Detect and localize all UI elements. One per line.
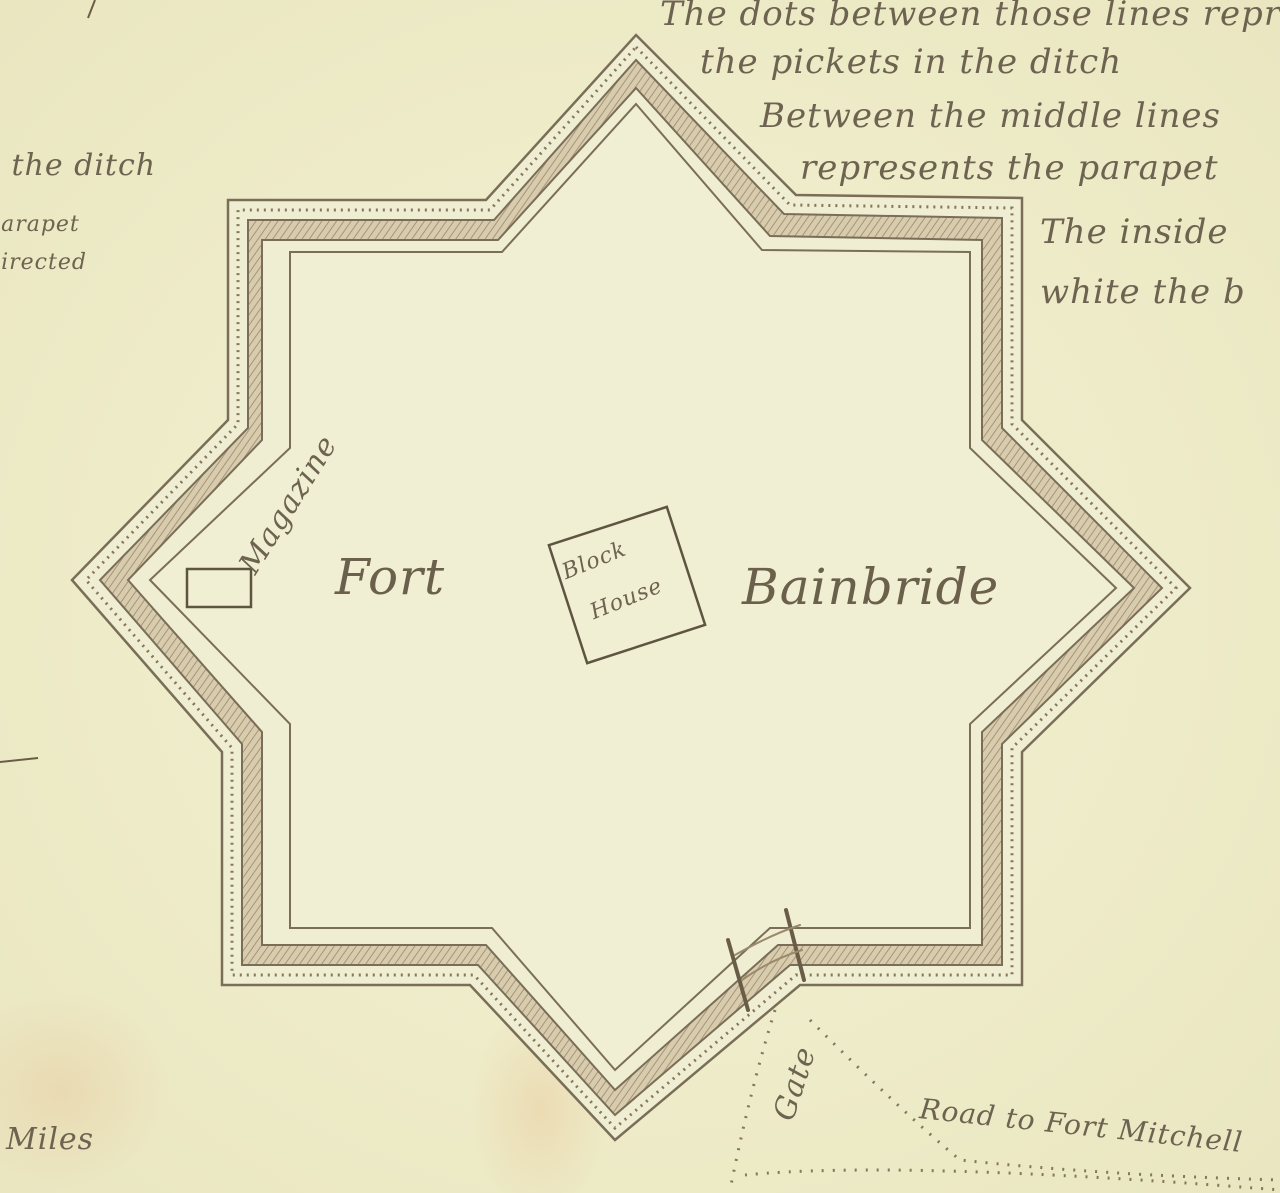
- legend-note-line: represents the parapet: [800, 148, 1219, 188]
- left-margin-note: in the ditch: [0, 148, 156, 183]
- left-margin-note: directed: [0, 250, 87, 275]
- top-margin-mark: [88, 0, 95, 18]
- left-margin-note: parapet: [0, 212, 80, 237]
- legend-note-line: Between the middle lines: [760, 96, 1221, 136]
- legend-note-line: The inside: [1040, 212, 1228, 252]
- miles-label: Miles: [6, 1122, 94, 1157]
- margin-mark: [0, 758, 38, 762]
- legend-note-line: The dots between those lines repre: [660, 0, 1280, 34]
- legend-note-line: the pickets in the ditch: [700, 42, 1122, 82]
- legend-note-line: white the b: [1040, 272, 1246, 312]
- fort-name-second-word: Bainbride: [742, 558, 999, 616]
- fort-name-first-word: Fort: [335, 548, 445, 606]
